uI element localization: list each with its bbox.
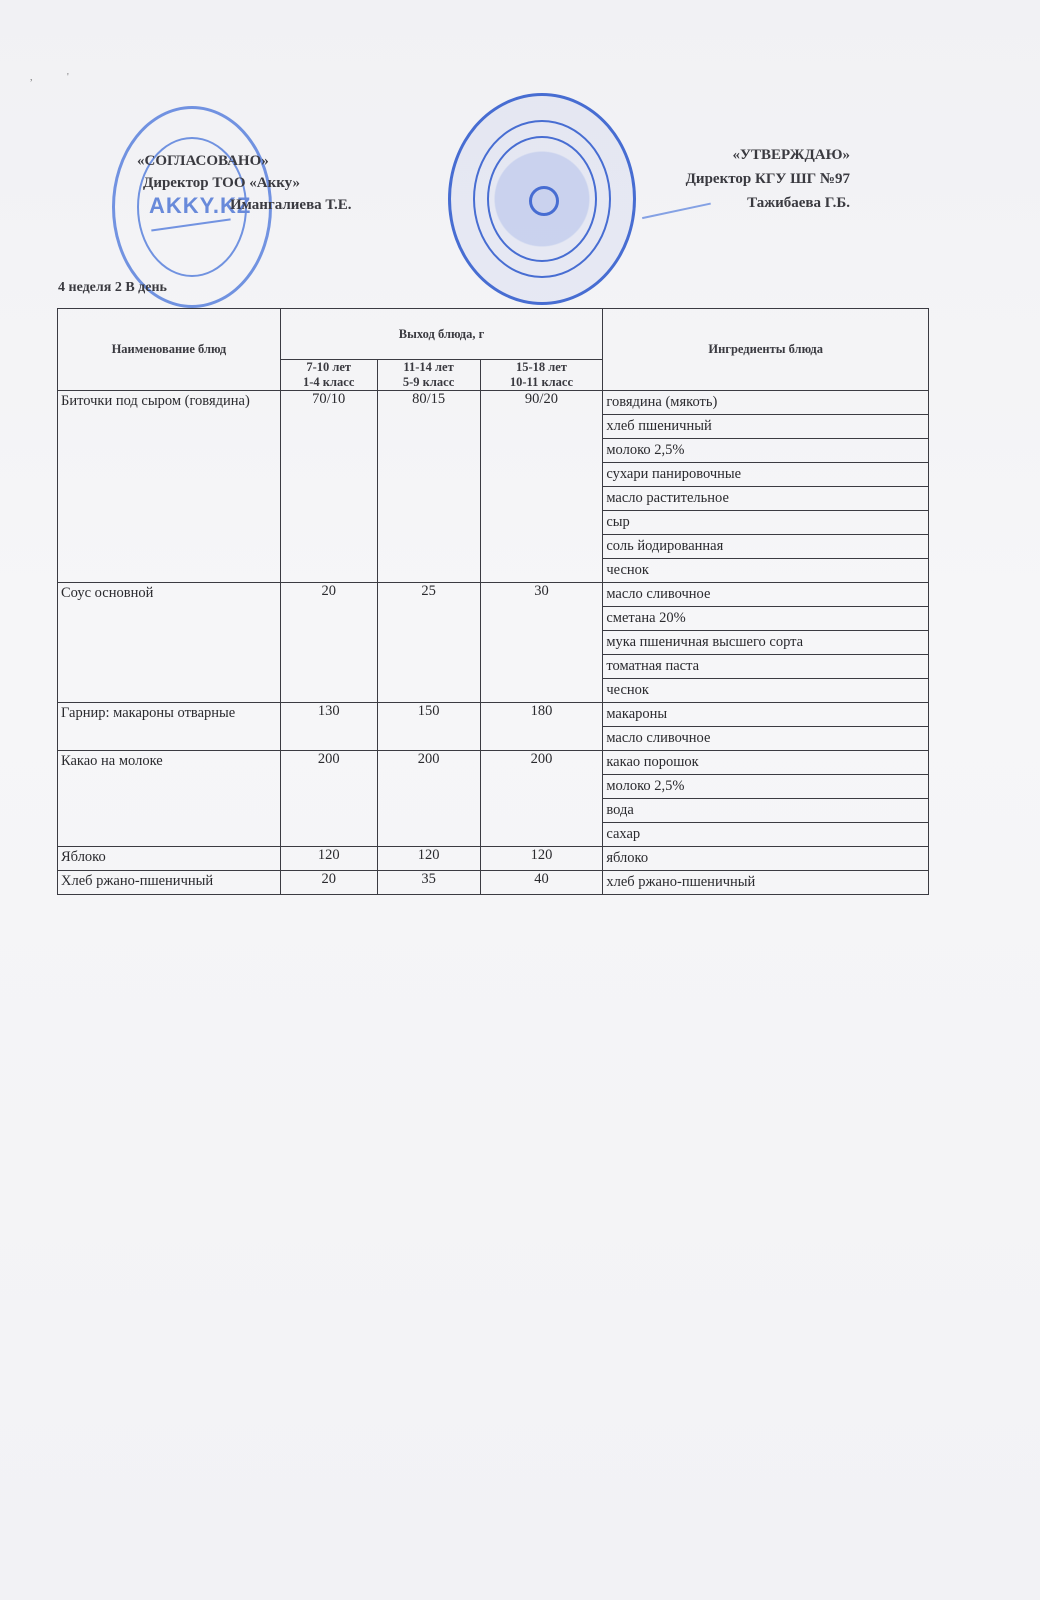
ingredient-cell: чеснок — [603, 559, 929, 583]
approval-left-position: Директор ТОО «Акку» — [137, 172, 351, 194]
ingredient-cell: сметана 20% — [603, 607, 929, 631]
menu-table-body: Биточки под сыром (говядина)70/1080/1590… — [58, 391, 929, 895]
ingredient-cell: говядина (мякоть) — [603, 391, 929, 415]
ingredient-cell: мука пшеничная высшего сорта — [603, 631, 929, 655]
emblem-icon — [529, 186, 559, 216]
dish-name-cell: Гарнир: макароны отварные — [58, 703, 281, 751]
header-yield: Выход блюда, г — [280, 309, 603, 360]
yield-cell: 200 — [377, 751, 480, 847]
approval-right-title: «УТВЕРЖДАЮ» — [686, 143, 850, 167]
dish-name-cell: Какао на молоке — [58, 751, 281, 847]
header-ingredients: Ингредиенты блюда — [603, 309, 929, 391]
dish-name-cell: Соус основной — [58, 583, 281, 703]
table-row: Биточки под сыром (говядина)70/1080/1590… — [58, 391, 929, 415]
ingredient-cell: хлеб пшеничный — [603, 415, 929, 439]
yield-cell: 25 — [377, 583, 480, 703]
yield-cell: 20 — [280, 871, 377, 895]
ingredient-cell: макароны — [603, 703, 929, 727]
table-row: Гарнир: макароны отварные130150180макаро… — [58, 703, 929, 727]
table-row: Какао на молоке200200200какао порошок — [58, 751, 929, 775]
yield-cell: 35 — [377, 871, 480, 895]
yield-cell: 120 — [377, 847, 480, 871]
ingredient-cell: сухари панировочные — [603, 463, 929, 487]
week-day-label: 4 неделя 2 В день — [58, 280, 167, 296]
ingredient-cell: соль йодированная — [603, 535, 929, 559]
table-row: Яблоко120120120яблоко — [58, 847, 929, 871]
ingredient-cell: сахар — [603, 823, 929, 847]
ingredient-cell: чеснок — [603, 679, 929, 703]
header-dish-name: Наименование блюд — [58, 309, 281, 391]
yield-cell: 180 — [480, 703, 603, 751]
ingredient-cell: вода — [603, 799, 929, 823]
approval-block-left: «СОГЛАСОВАНО» Директор ТОО «Акку» Иманга… — [137, 150, 351, 216]
yield-cell: 70/10 — [280, 391, 377, 583]
yield-cell: 150 — [377, 703, 480, 751]
header-age-group: 11-14 лет5-9 класс — [377, 360, 480, 391]
approval-left-name: Имангалиева Т.Е. — [137, 194, 351, 216]
header-age-group: 15-18 лет10-11 класс — [480, 360, 603, 391]
ingredient-cell: хлеб ржано-пшеничный — [603, 871, 929, 895]
yield-cell: 20 — [280, 583, 377, 703]
header-age-group: 7-10 лет1-4 класс — [280, 360, 377, 391]
yield-cell: 120 — [480, 847, 603, 871]
dish-name-cell: Яблоко — [58, 847, 281, 871]
yield-cell: 200 — [280, 751, 377, 847]
school-seal-stamp — [448, 93, 636, 305]
yield-cell: 80/15 — [377, 391, 480, 583]
table-row: Соус основной202530масло сливочное — [58, 583, 929, 607]
ingredient-cell: яблоко — [603, 847, 929, 871]
menu-table: Наименование блюд Выход блюда, г Ингреди… — [57, 308, 929, 895]
ingredient-cell: молоко 2,5% — [603, 439, 929, 463]
ingredient-cell: сыр — [603, 511, 929, 535]
dish-name-cell: Хлеб ржано-пшеничный — [58, 871, 281, 895]
approval-right-position: Директор КГУ ШГ №97 — [686, 167, 850, 191]
table-row: Хлеб ржано-пшеничный203540хлеб ржано-пше… — [58, 871, 929, 895]
yield-cell: 90/20 — [480, 391, 603, 583]
yield-cell: 40 — [480, 871, 603, 895]
ingredient-cell: масло сливочное — [603, 583, 929, 607]
ingredient-cell: какао порошок — [603, 751, 929, 775]
yield-cell: 200 — [480, 751, 603, 847]
yield-cell: 130 — [280, 703, 377, 751]
yield-cell: 120 — [280, 847, 377, 871]
yield-cell: 30 — [480, 583, 603, 703]
stray-marks: , ' — [30, 72, 85, 83]
ingredient-cell: масло сливочное — [603, 727, 929, 751]
ingredient-cell: масло растительное — [603, 487, 929, 511]
dish-name-cell: Биточки под сыром (говядина) — [58, 391, 281, 583]
ingredient-cell: молоко 2,5% — [603, 775, 929, 799]
ingredient-cell: томатная паста — [603, 655, 929, 679]
approval-left-title: «СОГЛАСОВАНО» — [137, 150, 351, 172]
